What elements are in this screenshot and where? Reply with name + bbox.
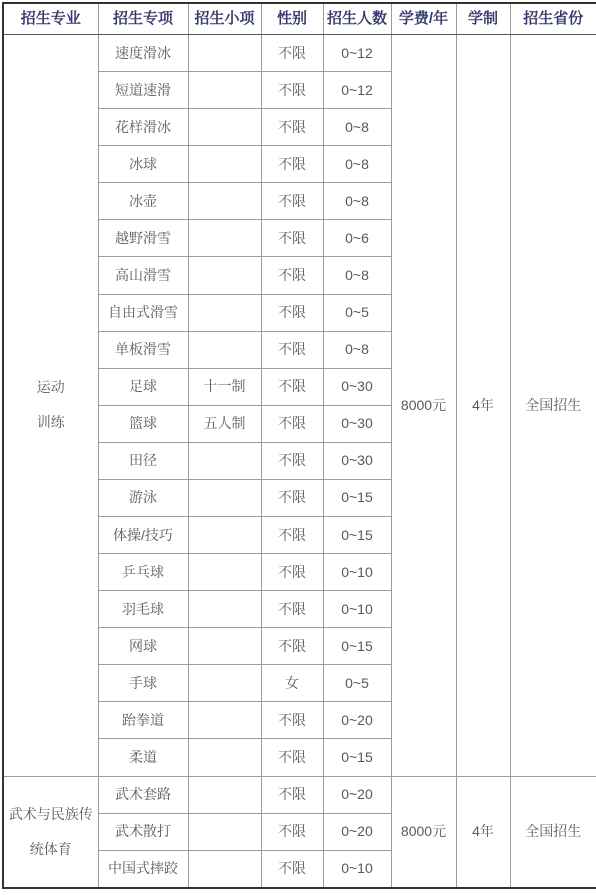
- provinces-cell: 全国招生: [510, 35, 596, 777]
- event-cell: 田径: [98, 442, 188, 479]
- gender-cell: 不限: [261, 294, 323, 331]
- gender-cell: 不限: [261, 813, 323, 850]
- quota-cell: 0~5: [323, 294, 391, 331]
- gender-cell: 不限: [261, 591, 323, 628]
- event-cell: 篮球: [98, 405, 188, 442]
- event-cell: 冰球: [98, 146, 188, 183]
- tuition-cell: 8000元: [391, 776, 456, 888]
- major-cell: 运动 训练: [3, 35, 98, 777]
- sub-event-cell: [188, 146, 261, 183]
- sub-event-cell: [188, 442, 261, 479]
- event-cell: 足球: [98, 368, 188, 405]
- gender-cell: 不限: [261, 479, 323, 516]
- col-header-duration: 学制: [456, 3, 510, 35]
- event-cell: 武术套路: [98, 776, 188, 813]
- sub-event-cell: [188, 665, 261, 702]
- quota-cell: 0~15: [323, 628, 391, 665]
- quota-cell: 0~10: [323, 554, 391, 591]
- event-cell: 体操/技巧: [98, 517, 188, 554]
- page: 招生专业 招生专项 招生小项 性别 招生人数 学费/年 学制 招生省份 运动 训…: [0, 0, 596, 895]
- quota-cell: 0~30: [323, 405, 391, 442]
- gender-cell: 不限: [261, 517, 323, 554]
- gender-cell: 不限: [261, 739, 323, 776]
- event-cell: 自由式滑雪: [98, 294, 188, 331]
- gender-cell: 不限: [261, 368, 323, 405]
- sub-event-cell: [188, 35, 261, 72]
- gender-cell: 不限: [261, 331, 323, 368]
- sub-event-cell: [188, 257, 261, 294]
- event-cell: 短道速滑: [98, 72, 188, 109]
- event-cell: 武术散打: [98, 813, 188, 850]
- sub-event-cell: [188, 628, 261, 665]
- gender-cell: 不限: [261, 257, 323, 294]
- col-header-quota: 招生人数: [323, 3, 391, 35]
- sub-event-cell: [188, 294, 261, 331]
- gender-cell: 不限: [261, 405, 323, 442]
- event-cell: 羽毛球: [98, 591, 188, 628]
- sub-event-cell: 十一制: [188, 368, 261, 405]
- sub-event-cell: [188, 776, 261, 813]
- quota-cell: 0~30: [323, 442, 391, 479]
- header-row: 招生专业 招生专项 招生小项 性别 招生人数 学费/年 学制 招生省份: [3, 3, 596, 35]
- col-header-event: 招生专项: [98, 3, 188, 35]
- event-cell: 单板滑雪: [98, 331, 188, 368]
- quota-cell: 0~15: [323, 517, 391, 554]
- enrollment-table: 招生专业 招生专项 招生小项 性别 招生人数 学费/年 学制 招生省份 运动 训…: [2, 2, 596, 889]
- sub-event-cell: [188, 220, 261, 257]
- sub-event-cell: [188, 72, 261, 109]
- sub-event-cell: [188, 109, 261, 146]
- sub-event-cell: [188, 331, 261, 368]
- event-cell: 网球: [98, 628, 188, 665]
- sub-event-cell: [188, 702, 261, 739]
- gender-cell: 女: [261, 665, 323, 702]
- event-cell: 中国式摔跤: [98, 850, 188, 888]
- col-header-sub-event: 招生小项: [188, 3, 261, 35]
- quota-cell: 0~20: [323, 813, 391, 850]
- quota-cell: 0~12: [323, 72, 391, 109]
- sub-event-cell: [188, 554, 261, 591]
- gender-cell: 不限: [261, 146, 323, 183]
- sub-event-cell: [188, 183, 261, 220]
- event-cell: 跆拳道: [98, 702, 188, 739]
- duration-cell: 4年: [456, 776, 510, 888]
- event-cell: 手球: [98, 665, 188, 702]
- quota-cell: 0~10: [323, 850, 391, 888]
- sub-event-cell: [188, 739, 261, 776]
- sub-event-cell: [188, 591, 261, 628]
- gender-cell: 不限: [261, 850, 323, 888]
- quota-cell: 0~5: [323, 665, 391, 702]
- gender-cell: 不限: [261, 72, 323, 109]
- gender-cell: 不限: [261, 35, 323, 72]
- table-row: 运动 训练 速度滑冰 不限 0~12 8000元 4年 全国招生: [3, 35, 596, 72]
- quota-cell: 0~12: [323, 35, 391, 72]
- gender-cell: 不限: [261, 183, 323, 220]
- col-header-provinces: 招生省份: [510, 3, 596, 35]
- quota-cell: 0~10: [323, 591, 391, 628]
- event-cell: 冰壶: [98, 183, 188, 220]
- major-cell: 武术与民族传 统体育: [3, 776, 98, 888]
- event-cell: 花样滑冰: [98, 109, 188, 146]
- gender-cell: 不限: [261, 628, 323, 665]
- gender-cell: 不限: [261, 220, 323, 257]
- quota-cell: 0~8: [323, 257, 391, 294]
- sub-event-cell: [188, 479, 261, 516]
- sub-event-cell: 五人制: [188, 405, 261, 442]
- col-header-tuition: 学费/年: [391, 3, 456, 35]
- quota-cell: 0~8: [323, 109, 391, 146]
- col-header-gender: 性别: [261, 3, 323, 35]
- provinces-cell: 全国招生: [510, 776, 596, 888]
- quota-cell: 0~15: [323, 739, 391, 776]
- table-row: 武术与民族传 统体育 武术套路 不限 0~20 8000元 4年 全国招生: [3, 776, 596, 813]
- quota-cell: 0~20: [323, 702, 391, 739]
- tuition-cell: 8000元: [391, 35, 456, 777]
- event-cell: 游泳: [98, 479, 188, 516]
- quota-cell: 0~15: [323, 479, 391, 516]
- quota-cell: 0~30: [323, 368, 391, 405]
- quota-cell: 0~8: [323, 183, 391, 220]
- event-cell: 乒乓球: [98, 554, 188, 591]
- quota-cell: 0~8: [323, 146, 391, 183]
- event-cell: 高山滑雪: [98, 257, 188, 294]
- duration-cell: 4年: [456, 35, 510, 777]
- gender-cell: 不限: [261, 109, 323, 146]
- sub-event-cell: [188, 813, 261, 850]
- quota-cell: 0~20: [323, 776, 391, 813]
- quota-cell: 0~6: [323, 220, 391, 257]
- sub-event-cell: [188, 517, 261, 554]
- event-cell: 越野滑雪: [98, 220, 188, 257]
- gender-cell: 不限: [261, 442, 323, 479]
- sub-event-cell: [188, 850, 261, 888]
- gender-cell: 不限: [261, 554, 323, 591]
- gender-cell: 不限: [261, 776, 323, 813]
- gender-cell: 不限: [261, 702, 323, 739]
- event-cell: 速度滑冰: [98, 35, 188, 72]
- event-cell: 柔道: [98, 739, 188, 776]
- col-header-major: 招生专业: [3, 3, 98, 35]
- quota-cell: 0~8: [323, 331, 391, 368]
